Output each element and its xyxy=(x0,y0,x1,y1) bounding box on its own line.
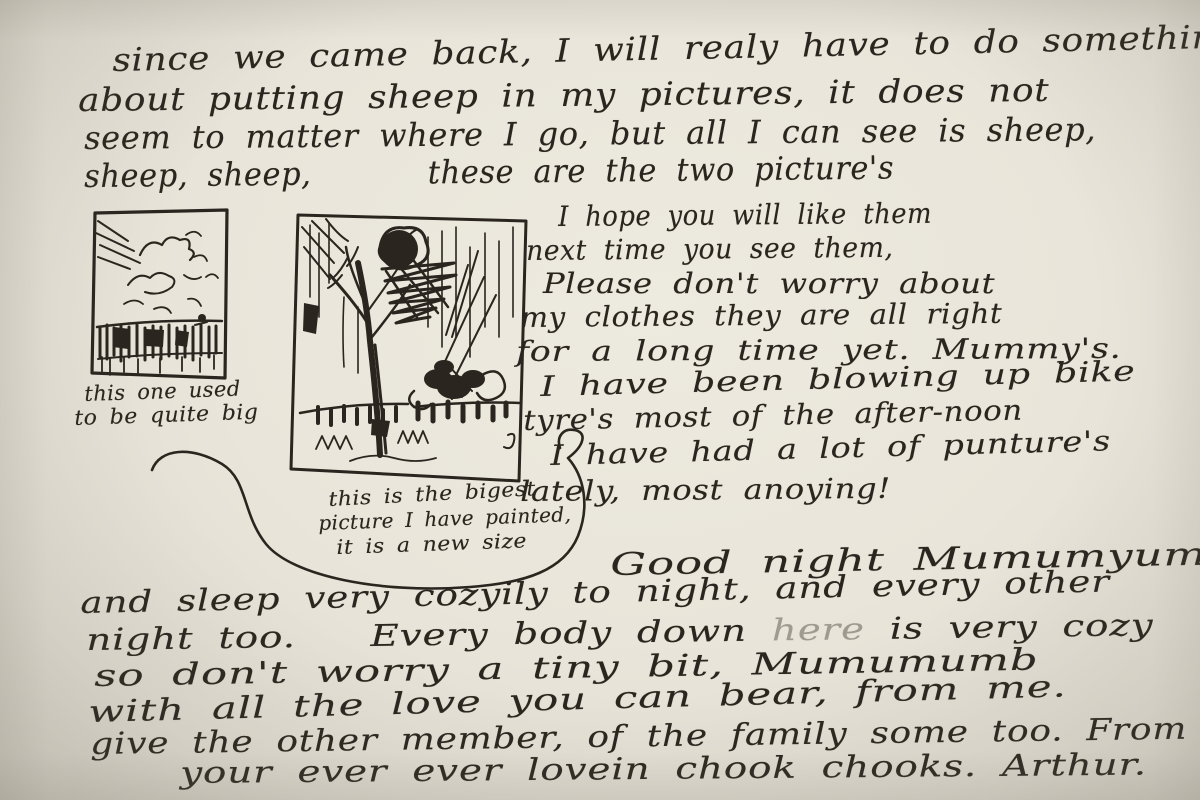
line-04: sheep, sheep, these are the two picture'… xyxy=(84,152,894,194)
letter-photo: since we came back, I will realy have to… xyxy=(0,0,1200,800)
line-20: your ever ever lovein chook chooks. Arth… xyxy=(180,750,1147,790)
line-01: since we came back, I will realy have to… xyxy=(112,20,1200,77)
handwriting-segment: is very cozy xyxy=(865,608,1154,647)
loop-doodle xyxy=(128,422,600,612)
sketch-small-landscape-drawing xyxy=(88,207,234,383)
line-07: Please don't worry about xyxy=(543,269,995,298)
line-06: next time you see them, xyxy=(526,233,894,266)
line-03: seem to matter where I go, but all I can… xyxy=(84,113,1096,155)
line-08: my clothes they are all right xyxy=(520,299,1003,333)
line-05: I hope you will like them xyxy=(558,199,932,232)
handwriting-segment: here xyxy=(772,612,866,648)
